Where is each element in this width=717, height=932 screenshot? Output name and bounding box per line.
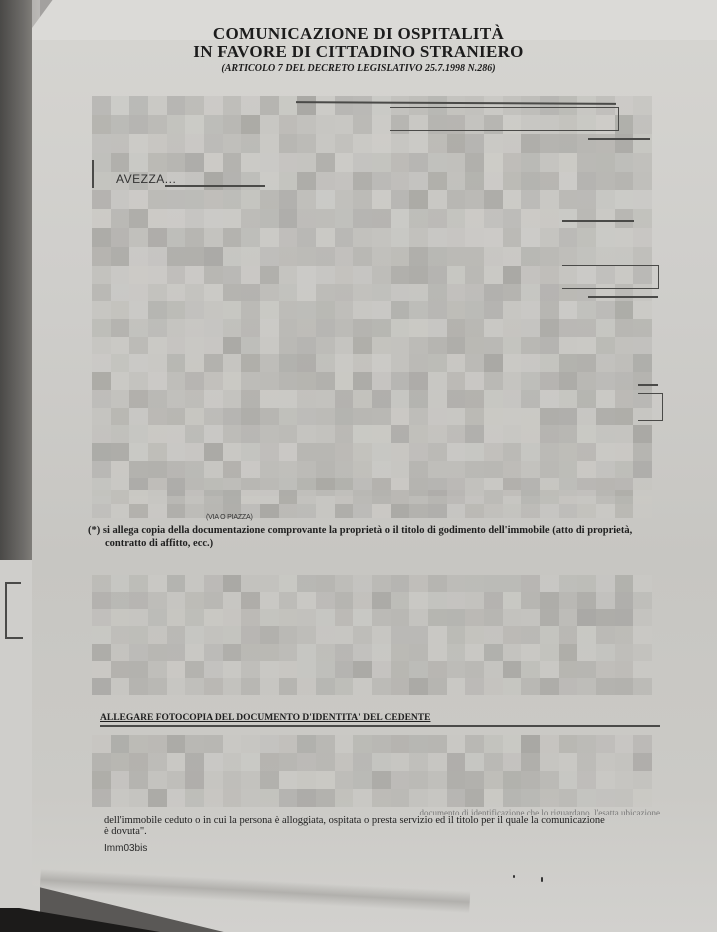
redaction-pixel [335,337,354,355]
redaction-pixel [353,626,372,643]
redaction-pixel [185,190,204,209]
redaction-pixel [428,490,447,504]
redaction-pixel [540,490,559,504]
redaction-pixel [559,443,578,461]
redaction-pixel [148,678,167,695]
redaction-pixel [428,771,447,789]
redaction-pixel [633,337,652,355]
redaction-pixel [428,504,447,518]
redaction-pixel [260,575,279,592]
redaction-pixel [447,789,466,807]
redaction-pixel [521,153,540,172]
redacted-block-signature [92,575,652,695]
redaction-pixel [335,789,354,807]
redaction-pixel [111,575,130,592]
redaction-pixel [316,678,335,695]
redaction-pixel [465,408,484,426]
redaction-pixel [465,735,484,753]
redaction-pixel [335,425,354,443]
redaction-pixel [540,678,559,695]
redaction-pixel [316,337,335,355]
redaction-pixel [223,661,242,678]
redaction-pixel [615,301,634,319]
redaction-pixel [521,592,540,609]
redaction-pixel [129,247,148,266]
redaction-pixel [185,372,204,390]
redaction-pixel [353,209,372,228]
redaction-pixel [335,134,354,153]
section-divider [100,725,660,727]
redaction-pixel [521,626,540,643]
redaction-pixel [391,337,410,355]
redaction-pixel [185,134,204,153]
redaction-pixel [447,228,466,247]
redaction-pixel [167,96,186,115]
redaction-pixel [484,735,503,753]
redaction-pixel [111,425,130,443]
redaction-pixel [615,609,634,626]
redaction-pixel [428,661,447,678]
redaction-pixel [391,209,410,228]
redaction-pixel [148,490,167,504]
redaction-pixel [521,753,540,771]
redaction-pixel [204,284,223,302]
redaction-pixel [596,190,615,209]
redaction-pixel [559,609,578,626]
redaction-pixel [185,96,204,115]
redaction-pixel [111,319,130,337]
redaction-pixel [447,390,466,408]
redaction-pixel [521,266,540,284]
redaction-pixel [148,425,167,443]
redaction-pixel [428,644,447,661]
redaction-pixel [503,172,522,191]
redaction-pixel [465,319,484,337]
redaction-pixel [391,644,410,661]
redaction-pixel [260,247,279,266]
redaction-pixel [316,490,335,504]
redaction-pixel [111,390,130,408]
redaction-pixel [167,626,186,643]
redaction-pixel [241,408,260,426]
redaction-pixel [615,504,634,518]
redaction-pixel [279,490,298,504]
redaction-pixel [353,678,372,695]
redaction-pixel [484,771,503,789]
redaction-pixel [521,789,540,807]
redaction-pixel [596,425,615,443]
redaction-pixel [615,372,634,390]
redaction-pixel [335,172,354,191]
redaction-pixel [521,609,540,626]
redaction-pixel [92,408,111,426]
redaction-pixel [241,661,260,678]
redaction-pixel [92,735,111,753]
redaction-pixel [185,735,204,753]
redaction-pixel [615,337,634,355]
redaction-pixel [615,209,634,228]
redaction-pixel [148,504,167,518]
redaction-pixel [223,753,242,771]
redaction-pixel [223,372,242,390]
redaction-pixel [241,284,260,302]
redaction-pixel [223,153,242,172]
redaction-pixel [391,461,410,479]
redaction-pixel [428,134,447,153]
redaction-pixel [633,372,652,390]
redaction-pixel [353,228,372,247]
redaction-pixel [297,678,316,695]
redaction-pixel [316,425,335,443]
redaction-pixel [596,134,615,153]
redaction-pixel [335,319,354,337]
redaction-pixel [111,134,130,153]
redaction-pixel [447,190,466,209]
redaction-pixel [559,247,578,266]
redaction-pixel [596,408,615,426]
redaction-pixel [540,301,559,319]
redaction-pixel [241,609,260,626]
redaction-pixel [353,408,372,426]
redaction-pixel [185,609,204,626]
id-copy-instruction: ALLEGARE FOTOCOPIA DEL DOCUMENTO D'IDENT… [100,713,430,723]
redaction-pixel [391,372,410,390]
redaction-pixel [316,626,335,643]
redaction-pixel [559,735,578,753]
redaction-pixel [521,678,540,695]
redaction-pixel [615,190,634,209]
redaction-pixel [372,115,391,134]
redaction-pixel [204,789,223,807]
redaction-pixel [111,771,130,789]
redaction-pixel [428,172,447,191]
redaction-pixel [297,575,316,592]
redaction-pixel [409,735,428,753]
redaction-pixel [559,390,578,408]
redaction-pixel [372,735,391,753]
redaction-pixel [409,337,428,355]
redaction-pixel [260,789,279,807]
redaction-pixel [596,319,615,337]
redaction-pixel [111,661,130,678]
redaction-pixel [204,266,223,284]
redaction-pixel [596,209,615,228]
redaction-pixel [148,247,167,266]
redaction-pixel [92,96,111,115]
redaction-pixel [167,190,186,209]
redaction-pixel [335,284,354,302]
redaction-pixel [316,443,335,461]
redaction-pixel [484,190,503,209]
redaction-pixel [596,461,615,479]
redaction-pixel [92,425,111,443]
redaction-pixel [279,247,298,266]
redaction-pixel [372,96,391,115]
redaction-pixel [111,372,130,390]
redaction-pixel [297,301,316,319]
redaction-pixel [577,609,596,626]
redaction-pixel [335,661,354,678]
redaction-pixel [447,425,466,443]
redaction-pixel [129,678,148,695]
redaction-pixel [447,319,466,337]
redaction-pixel [260,209,279,228]
redaction-pixel [260,372,279,390]
redaction-pixel [391,443,410,461]
redaction-pixel [577,626,596,643]
redaction-pixel [111,443,130,461]
redaction-pixel [241,771,260,789]
redaction-pixel [260,771,279,789]
redaction-pixel [204,172,223,191]
redaction-pixel [260,735,279,753]
redaction-pixel [447,504,466,518]
redaction-pixel [409,443,428,461]
redaction-pixel [129,301,148,319]
redaction-pixel [204,753,223,771]
redaction-pixel [559,504,578,518]
redaction-pixel [559,626,578,643]
redaction-pixel [372,408,391,426]
redaction-pixel [167,644,186,661]
redaction-pixel [92,247,111,266]
redaction-pixel [465,626,484,643]
redaction-pixel [92,626,111,643]
redaction-pixel [465,209,484,228]
field-line [562,220,634,222]
redaction-pixel [577,247,596,266]
redaction-pixel [223,408,242,426]
redaction-pixel [484,490,503,504]
redaction-pixel [633,789,652,807]
redaction-pixel [503,678,522,695]
redaction-pixel [353,247,372,266]
street-field-label: (VIA O PIAZZA) [206,514,253,521]
redaction-pixel [484,301,503,319]
redaction-pixel [148,771,167,789]
redaction-pixel [484,337,503,355]
redaction-pixel [260,153,279,172]
redaction-pixel [260,319,279,337]
redaction-pixel [148,190,167,209]
redaction-pixel [167,115,186,134]
redaction-pixel [335,504,354,518]
redaction-pixel [447,284,466,302]
redaction-pixel [148,592,167,609]
redaction-pixel [615,771,634,789]
redaction-pixel [428,443,447,461]
redaction-pixel [484,609,503,626]
redaction-pixel [279,228,298,247]
redaction-pixel [167,678,186,695]
under-page-bracket-bottom [5,637,23,639]
redaction-pixel [484,209,503,228]
redaction-pixel [260,443,279,461]
redaction-pixel [316,266,335,284]
redaction-pixel [633,190,652,209]
redaction-pixel [615,789,634,807]
redaction-pixel [465,266,484,284]
redaction-pixel [316,789,335,807]
redaction-pixel [223,626,242,643]
redaction-pixel [540,284,559,302]
redaction-pixel [335,266,354,284]
redaction-pixel [615,461,634,479]
redaction-pixel [204,96,223,115]
redaction-pixel [391,575,410,592]
redaction-pixel [503,504,522,518]
redaction-pixel [503,284,522,302]
redaction-pixel [111,490,130,504]
redaction-pixel [223,190,242,209]
redaction-pixel [428,209,447,228]
redaction-pixel [353,134,372,153]
redaction-pixel [428,753,447,771]
redaction-pixel [391,153,410,172]
redaction-pixel [111,228,130,247]
redaction-pixel [409,661,428,678]
redaction-pixel [204,443,223,461]
redaction-pixel [241,735,260,753]
redaction-pixel [409,153,428,172]
redaction-pixel [279,408,298,426]
redaction-pixel [279,209,298,228]
redaction-pixel [92,172,111,191]
redaction-pixel [223,96,242,115]
redaction-pixel [633,644,652,661]
redaction-pixel [297,266,316,284]
redaction-pixel [372,284,391,302]
redaction-pixel [167,228,186,247]
redaction-pixel [540,247,559,266]
redaction-pixel [503,771,522,789]
redaction-pixel [353,644,372,661]
redaction-pixel [111,190,130,209]
redaction-pixel [297,771,316,789]
redaction-pixel [372,771,391,789]
redaction-pixel [409,575,428,592]
redaction-pixel [633,319,652,337]
redaction-pixel [577,461,596,479]
redaction-pixel [633,461,652,479]
redaction-pixel [540,134,559,153]
redaction-pixel [372,247,391,266]
redaction-pixel [465,461,484,479]
redaction-pixel [204,337,223,355]
redaction-pixel [316,301,335,319]
redaction-pixel [297,735,316,753]
redaction-pixel [521,372,540,390]
redaction-pixel [633,134,652,153]
redaction-pixel [465,301,484,319]
redaction-pixel [353,354,372,372]
form-title-line1: COMUNICAZIONE DI OSPITALITÀ [0,25,717,43]
redaction-pixel [353,443,372,461]
redaction-pixel [577,753,596,771]
redaction-pixel [148,301,167,319]
redaction-pixel [353,319,372,337]
redaction-pixel [540,575,559,592]
redaction-pixel [428,592,447,609]
redaction-pixel [279,390,298,408]
redaction-pixel [260,504,279,518]
redaction-pixel [204,408,223,426]
redaction-pixel [241,789,260,807]
redaction-pixel [409,209,428,228]
redaction-pixel [260,592,279,609]
redaction-pixel [260,461,279,479]
redaction-pixel [409,284,428,302]
redaction-pixel [129,490,148,504]
redaction-pixel [335,490,354,504]
redaction-pixel [633,96,652,115]
redaction-pixel [577,337,596,355]
redaction-pixel [167,319,186,337]
redaction-pixel [316,354,335,372]
redacted-block-legal-text [92,735,652,807]
redaction-pixel [223,337,242,355]
redaction-pixel [129,153,148,172]
redaction-pixel [372,209,391,228]
redaction-pixel [577,354,596,372]
redaction-pixel [540,592,559,609]
redaction-pixel [297,153,316,172]
redaction-pixel [353,284,372,302]
redaction-pixel [316,661,335,678]
redaction-pixel [540,771,559,789]
redaction-pixel [129,771,148,789]
redaction-pixel [353,504,372,518]
redaction-pixel [540,504,559,518]
redaction-pixel [391,789,410,807]
redaction-pixel [447,134,466,153]
redaction-pixel [353,115,372,134]
redaction-pixel [428,247,447,266]
redaction-pixel [111,753,130,771]
redaction-pixel [223,228,242,247]
redaction-pixel [260,425,279,443]
redaction-pixel [521,408,540,426]
redaction-pixel [484,592,503,609]
redaction-pixel [484,644,503,661]
redaction-pixel [260,96,279,115]
redaction-pixel [428,461,447,479]
redaction-pixel [447,626,466,643]
redaction-pixel [241,266,260,284]
redaction-pixel [297,504,316,518]
redaction-pixel [428,390,447,408]
redaction-pixel [577,592,596,609]
redaction-pixel [335,609,354,626]
redaction-pixel [279,372,298,390]
redaction-pixel [279,153,298,172]
redaction-pixel [540,626,559,643]
redaction-pixel [335,771,354,789]
redaction-pixel [521,190,540,209]
redaction-pixel [596,372,615,390]
redaction-pixel [503,753,522,771]
redaction-pixel [465,644,484,661]
redaction-pixel [167,661,186,678]
redaction-pixel [279,319,298,337]
redaction-pixel [316,771,335,789]
redaction-pixel [353,153,372,172]
redaction-pixel [92,134,111,153]
redaction-pixel [223,301,242,319]
redaction-pixel [185,209,204,228]
redaction-pixel [596,490,615,504]
redaction-pixel [428,319,447,337]
